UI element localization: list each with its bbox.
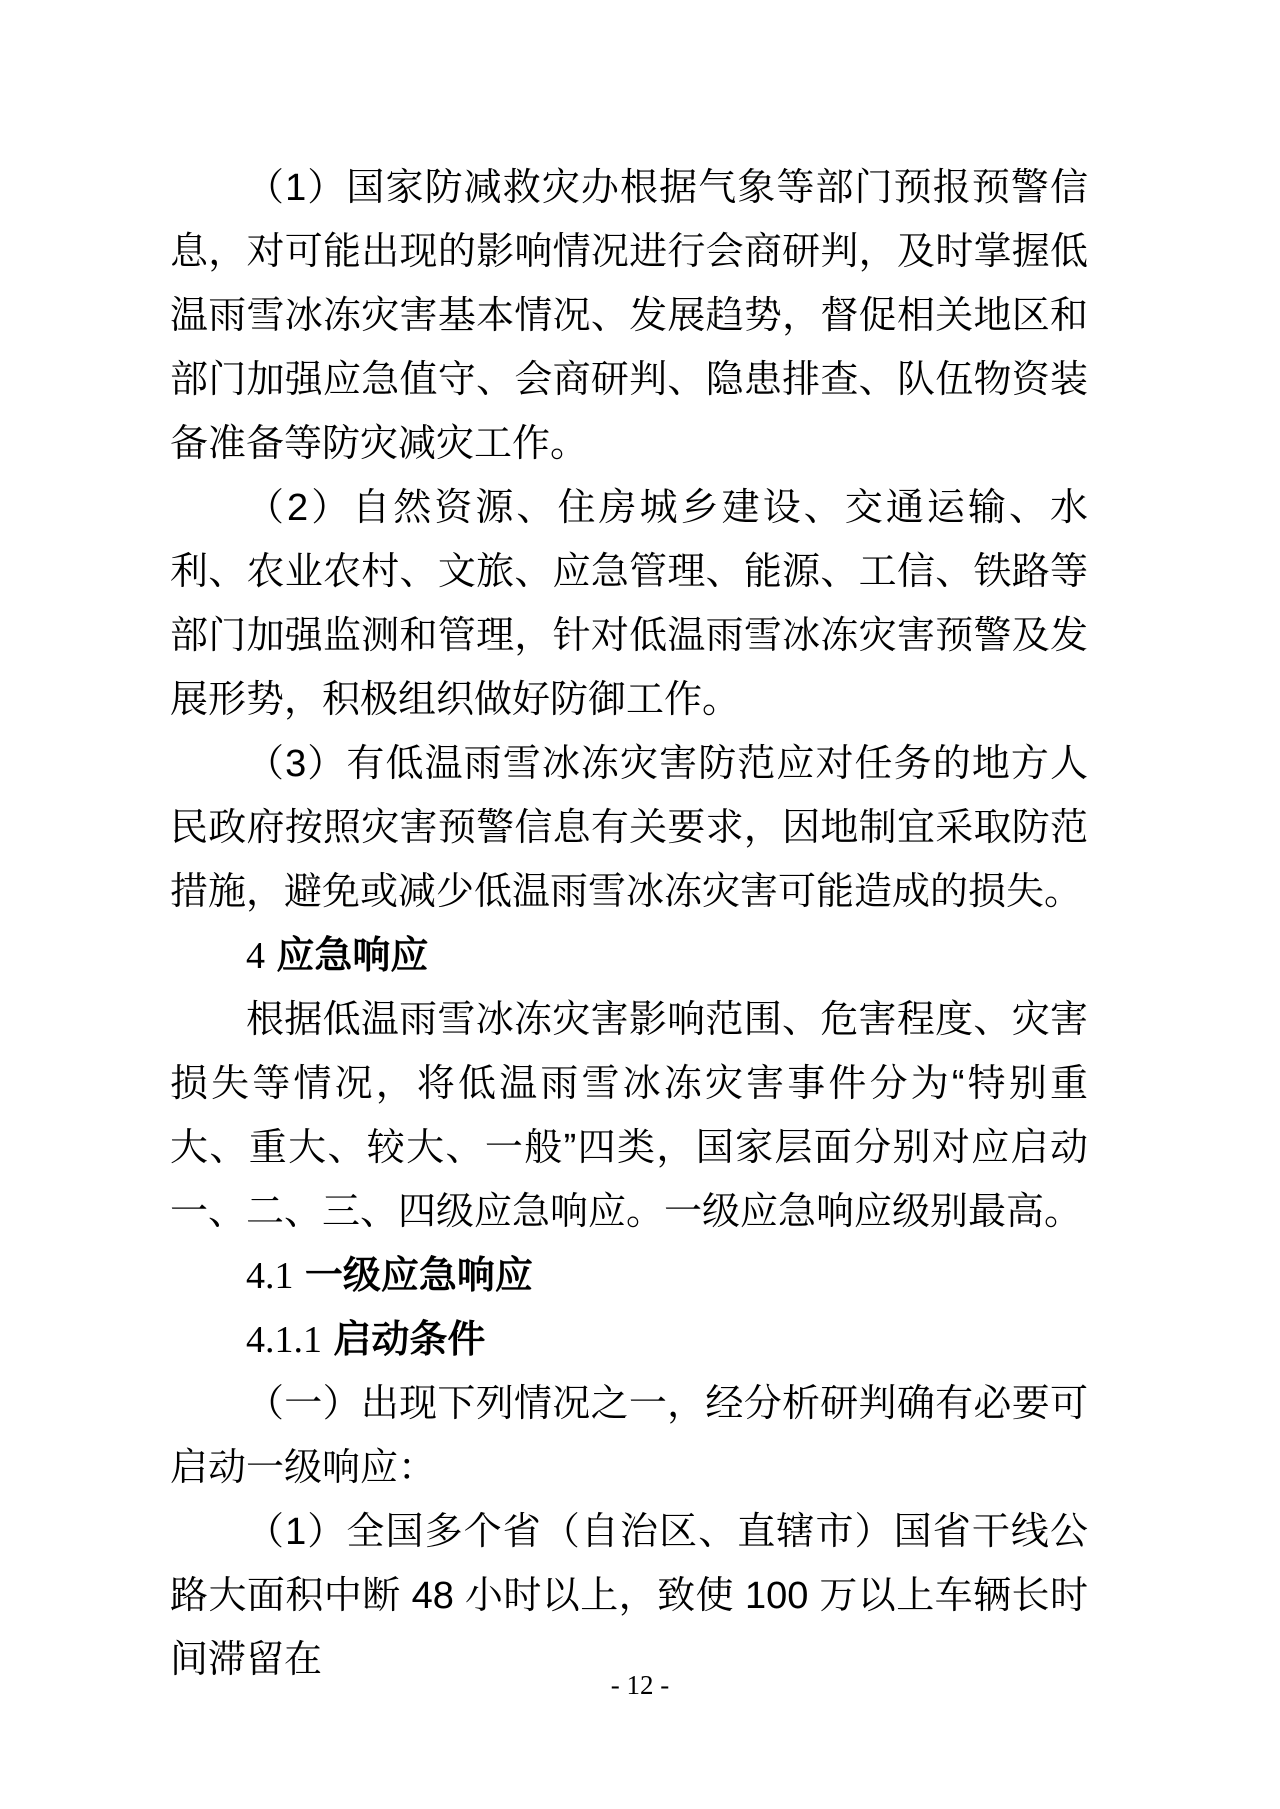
section-heading-4-title: 应急响应 — [276, 935, 428, 977]
body-paragraph-1: （1）国家防减救灾办根据气象等部门预报预警信息，对可能出现的影响情况进行会商研判… — [170, 156, 1088, 476]
page-content: （1）国家防减救灾办根据气象等部门预报预警信息，对可能出现的影响情况进行会商研判… — [170, 156, 1088, 1692]
section-heading-4-1-title: 一级应急响应 — [305, 1255, 533, 1297]
body-paragraph-5: （一）出现下列情况之一，经分析研判确有必要可启动一级响应： — [170, 1372, 1088, 1500]
section-heading-4-1: 4.1一级应急响应 — [170, 1244, 1088, 1308]
page-number: - 12 - — [0, 1668, 1280, 1702]
section-heading-4-1-number: 4.1 — [246, 1255, 294, 1297]
section-heading-4-number: 4 — [246, 935, 265, 977]
section-heading-4: 4应急响应 — [170, 924, 1088, 988]
section-heading-4-1-1-title: 启动条件 — [333, 1319, 485, 1361]
body-paragraph-4: 根据低温雨雪冰冻灾害影响范围、危害程度、灾害损失等情况，将低温雨雪冰冻灾害事件分… — [170, 988, 1088, 1244]
body-paragraph-3: （3）有低温雨雪冰冻灾害防范应对任务的地方人民政府按照灾害预警信息有关要求，因地… — [170, 732, 1088, 924]
document-page: （1）国家防减救灾办根据气象等部门预报预警信息，对可能出现的影响情况进行会商研判… — [0, 0, 1280, 1809]
body-paragraph-2: （2）自然资源、住房城乡建设、交通运输、水利、农业农村、文旅、应急管理、能源、工… — [170, 476, 1088, 732]
section-heading-4-1-1: 4.1.1启动条件 — [170, 1308, 1088, 1372]
section-heading-4-1-1-number: 4.1.1 — [246, 1319, 322, 1361]
body-paragraph-6: （1）全国多个省（自治区、直辖市）国省干线公路大面积中断 48 小时以上，致使 … — [170, 1500, 1088, 1692]
